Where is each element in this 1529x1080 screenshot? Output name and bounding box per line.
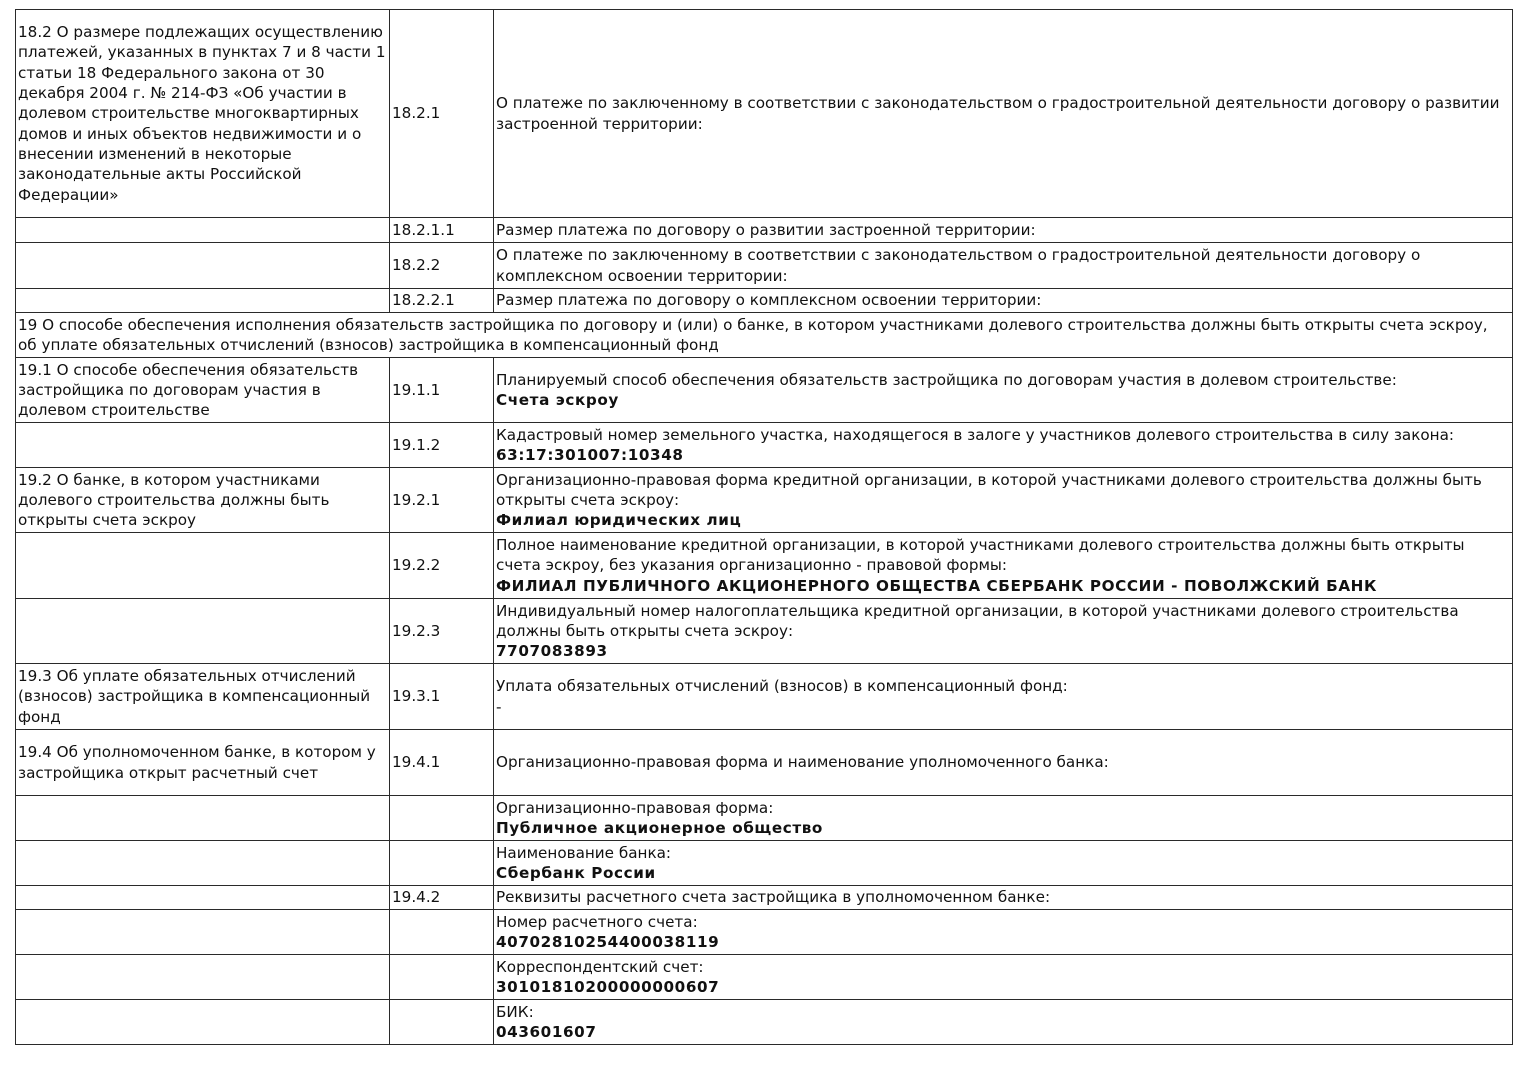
section-cell bbox=[16, 955, 390, 1000]
item-label: О платеже по заключенному в соответствии… bbox=[496, 245, 1510, 286]
item-code: 18.2.1.1 bbox=[390, 218, 494, 243]
item-code: 19.2.3 bbox=[390, 599, 494, 664]
item-value: Сбербанк России bbox=[496, 863, 1510, 883]
table-row: 18.2.1.1Размер платежа по договору о раз… bbox=[16, 218, 1513, 243]
section-cell bbox=[16, 1000, 390, 1045]
section-cell: 19.2 О банке, в котором участниками доле… bbox=[16, 468, 390, 533]
item-code: 19.3.1 bbox=[390, 664, 494, 730]
table-row: 19.4.2Реквизиты расчетного счета застрой… bbox=[16, 886, 1513, 910]
item-content: Корреспондентский счет:30101810200000000… bbox=[494, 955, 1513, 1000]
item-content: Организационно-правовая форма:Публичное … bbox=[494, 796, 1513, 841]
item-label: Уплата обязательных отчислений (взносов)… bbox=[496, 676, 1510, 696]
section-cell: 18.2 О размере подлежащих осуществлению … bbox=[16, 10, 390, 218]
item-label: Организационно-правовая форма и наименов… bbox=[496, 752, 1510, 772]
item-label: Наименование банка: bbox=[496, 843, 1510, 863]
item-label: О платеже по заключенному в соответствии… bbox=[496, 93, 1510, 134]
item-value: 7707083893 bbox=[496, 641, 1510, 661]
section-cell: 19.4 Об уполномоченном банке, в котором … bbox=[16, 730, 390, 796]
section-cell bbox=[16, 218, 390, 243]
item-code: 18.2.2.1 bbox=[390, 289, 494, 313]
item-content: Размер платежа по договору о комплексном… bbox=[494, 289, 1513, 313]
item-label: Номер расчетного счета: bbox=[496, 912, 1510, 932]
item-value: ФИЛИАЛ ПУБЛИЧНОГО АКЦИОНЕРНОГО ОБЩЕСТВА … bbox=[496, 576, 1510, 596]
item-value: Филиал юридических лиц bbox=[496, 510, 1510, 530]
item-value: - bbox=[496, 697, 1510, 717]
item-label: Организационно-правовая форма кредитной … bbox=[496, 470, 1510, 511]
item-code bbox=[390, 910, 494, 955]
table-row: Номер расчетного счета:40702810254400038… bbox=[16, 910, 1513, 955]
item-label: Размер платежа по договору о развитии за… bbox=[496, 220, 1510, 240]
table-row: 19.4 Об уполномоченном банке, в котором … bbox=[16, 730, 1513, 796]
item-label: Полное наименование кредитной организаци… bbox=[496, 535, 1510, 576]
table-row: Наименование банка:Сбербанк России bbox=[16, 841, 1513, 886]
item-code: 19.2.1 bbox=[390, 468, 494, 533]
item-content: Полное наименование кредитной организаци… bbox=[494, 533, 1513, 599]
section-cell bbox=[16, 243, 390, 289]
item-content: БИК:043601607 bbox=[494, 1000, 1513, 1045]
section-cell bbox=[16, 910, 390, 955]
table-row: 18.2 О размере подлежащих осуществлению … bbox=[16, 10, 1513, 218]
item-value: 30101810200000000607 bbox=[496, 977, 1510, 997]
table-row: 18.2.2.1Размер платежа по договору о ком… bbox=[16, 289, 1513, 313]
item-value: 40702810254400038119 bbox=[496, 932, 1510, 952]
section-cell bbox=[16, 886, 390, 910]
section-cell bbox=[16, 423, 390, 468]
table-row: Корреспондентский счет:30101810200000000… bbox=[16, 955, 1513, 1000]
table-row: Организационно-правовая форма:Публичное … bbox=[16, 796, 1513, 841]
item-label: Индивидуальный номер налогоплательщика к… bbox=[496, 601, 1510, 642]
item-code: 19.4.2 bbox=[390, 886, 494, 910]
item-label: Корреспондентский счет: bbox=[496, 957, 1510, 977]
item-code: 18.2.2 bbox=[390, 243, 494, 289]
table-row: 18.2.2О платеже по заключенному в соотве… bbox=[16, 243, 1513, 289]
item-label: Организационно-правовая форма: bbox=[496, 798, 1510, 818]
item-content: О платеже по заключенному в соответствии… bbox=[494, 10, 1513, 218]
item-content: Размер платежа по договору о развитии за… bbox=[494, 218, 1513, 243]
item-content: Уплата обязательных отчислений (взносов)… bbox=[494, 664, 1513, 730]
table-row: БИК:043601607 bbox=[16, 1000, 1513, 1045]
item-code: 19.4.1 bbox=[390, 730, 494, 796]
item-code bbox=[390, 841, 494, 886]
item-content: Планируемый способ обеспечения обязатель… bbox=[494, 358, 1513, 423]
document-table: 18.2 О размере подлежащих осуществлению … bbox=[15, 9, 1513, 1045]
item-value: 043601607 bbox=[496, 1022, 1510, 1042]
item-value: 63:17:301007:10348 bbox=[496, 445, 1510, 465]
item-content: О платеже по заключенному в соответствии… bbox=[494, 243, 1513, 289]
item-content: Индивидуальный номер налогоплательщика к… bbox=[494, 599, 1513, 664]
table-row: 19.1 О способе обеспечения обязательств … bbox=[16, 358, 1513, 423]
section-header-row: 19 О способе обеспечения исполнения обяз… bbox=[16, 313, 1513, 358]
item-label: Размер платежа по договору о комплексном… bbox=[496, 290, 1510, 310]
item-label: Реквизиты расчетного счета застройщика в… bbox=[496, 887, 1510, 907]
section-cell bbox=[16, 289, 390, 313]
item-content: Кадастровый номер земельного участка, на… bbox=[494, 423, 1513, 468]
item-content: Наименование банка:Сбербанк России bbox=[494, 841, 1513, 886]
item-code: 19.2.2 bbox=[390, 533, 494, 599]
item-label: Кадастровый номер земельного участка, на… bbox=[496, 425, 1510, 445]
item-code bbox=[390, 1000, 494, 1045]
section-cell bbox=[16, 533, 390, 599]
item-content: Номер расчетного счета:40702810254400038… bbox=[494, 910, 1513, 955]
section-cell bbox=[16, 841, 390, 886]
table-row: 19.1.2Кадастровый номер земельного участ… bbox=[16, 423, 1513, 468]
section-cell bbox=[16, 796, 390, 841]
section-cell: 19.3 Об уплате обязательных отчислений (… bbox=[16, 664, 390, 730]
item-value: Публичное акционерное общество bbox=[496, 818, 1510, 838]
item-label: БИК: bbox=[496, 1002, 1510, 1022]
item-content: Организационно-правовая форма и наименов… bbox=[494, 730, 1513, 796]
table-row: 19.2.3Индивидуальный номер налогоплатель… bbox=[16, 599, 1513, 664]
table-row: 19.3 Об уплате обязательных отчислений (… bbox=[16, 664, 1513, 730]
item-code: 19.1.2 bbox=[390, 423, 494, 468]
document-table-body: 18.2 О размере подлежащих осуществлению … bbox=[16, 10, 1513, 1045]
section-title: 19 О способе обеспечения исполнения обяз… bbox=[16, 313, 1513, 358]
item-code: 18.2.1 bbox=[390, 10, 494, 218]
table-row: 19.2 О банке, в котором участниками доле… bbox=[16, 468, 1513, 533]
item-content: Реквизиты расчетного счета застройщика в… bbox=[494, 886, 1513, 910]
item-content: Организационно-правовая форма кредитной … bbox=[494, 468, 1513, 533]
item-label: Планируемый способ обеспечения обязатель… bbox=[496, 370, 1510, 390]
item-code bbox=[390, 955, 494, 1000]
item-code: 19.1.1 bbox=[390, 358, 494, 423]
table-row: 19.2.2Полное наименование кредитной орга… bbox=[16, 533, 1513, 599]
section-cell: 19.1 О способе обеспечения обязательств … bbox=[16, 358, 390, 423]
section-cell bbox=[16, 599, 390, 664]
item-code bbox=[390, 796, 494, 841]
item-value: Счета эскроу bbox=[496, 390, 1510, 410]
